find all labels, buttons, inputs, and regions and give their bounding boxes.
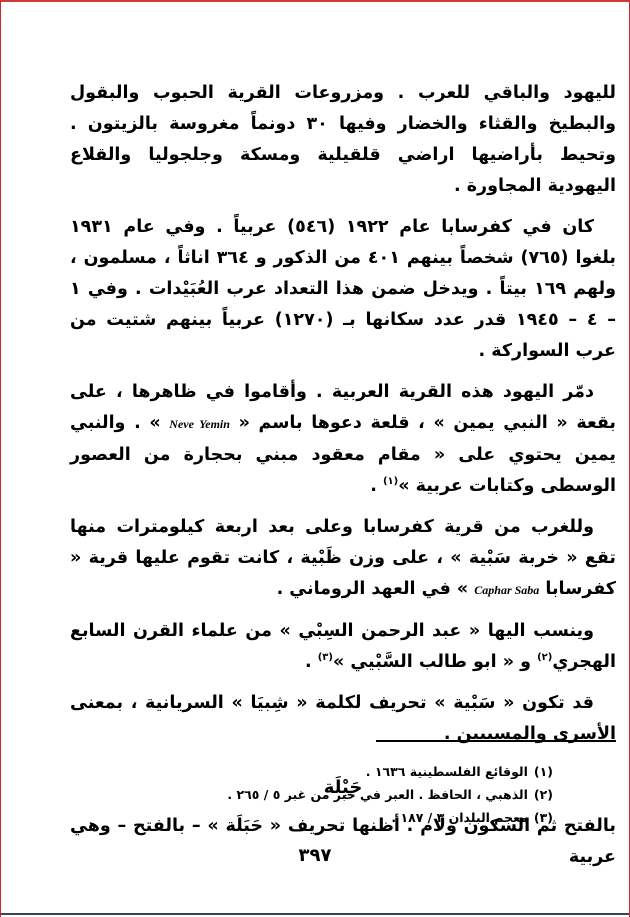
footnote-number: (٣) bbox=[534, 810, 553, 825]
footnote-text: معجم البلدان ٣ / ١٨٧ . bbox=[391, 810, 528, 825]
paragraph-2-population: كان في كفرسابا عام ١٩٢٢ (٥٤٦) عربياً . و… bbox=[70, 212, 616, 367]
paragraph-4-khirbet-sabya: وللغرب من قرية كفرسابا وعلى بعد اربعة كي… bbox=[70, 512, 616, 606]
footnote-ref-2[interactable]: (٢) bbox=[537, 652, 552, 663]
footnote-text: الوقائع الفلسطينية ١٦٣٦ . bbox=[366, 764, 528, 779]
paragraph-4-text-b: » في العهد الروماني . bbox=[277, 579, 475, 599]
footnote-2: (٢)الذهبي ، الحافظ . العبر في خبر من غبر… bbox=[200, 783, 553, 806]
paragraph-3-end: . bbox=[370, 476, 383, 496]
latin-name-neve-yemin: Neve Yemin bbox=[169, 417, 230, 431]
footnote-number: (١) bbox=[534, 764, 553, 779]
paragraph-5-end: . bbox=[305, 652, 318, 672]
footnote-text: الذهبي ، الحافظ . العبر في خبر من غبر ٥ … bbox=[227, 787, 528, 802]
bottom-scroll-strip[interactable] bbox=[1, 913, 629, 915]
paragraph-5-text-b: و « ابو طالب السَّبْيي » bbox=[333, 652, 537, 672]
footnote-divider bbox=[376, 740, 616, 742]
footnote-3: (٣)معجم البلدان ٣ / ١٨٧ . bbox=[200, 806, 553, 829]
footnotes: (١)الوقائع الفلسطينية ١٦٣٦ . (٢)الذهبي ،… bbox=[200, 760, 553, 829]
paragraph-1: لليهود والباقي للعرب . ومزروعات القرية ا… bbox=[70, 78, 616, 202]
footnote-ref-3[interactable]: (٣) bbox=[318, 652, 333, 663]
footnote-number: (٢) bbox=[534, 787, 553, 802]
footnote-1: (١)الوقائع الفلسطينية ١٦٣٦ . bbox=[200, 760, 553, 783]
latin-name-caphar-saba: Caphar Saba bbox=[474, 583, 539, 597]
footnote-ref-1[interactable]: (١) bbox=[383, 476, 398, 487]
page-number: ٣٩٧ bbox=[0, 845, 630, 866]
paragraph-5-scholars: وينسب اليها « عبد الرحمن السِبْي » من عل… bbox=[70, 616, 616, 678]
paragraph-3-neve-yemin: دمّر اليهود هذه القرية العربية . وأقاموا… bbox=[70, 377, 616, 502]
